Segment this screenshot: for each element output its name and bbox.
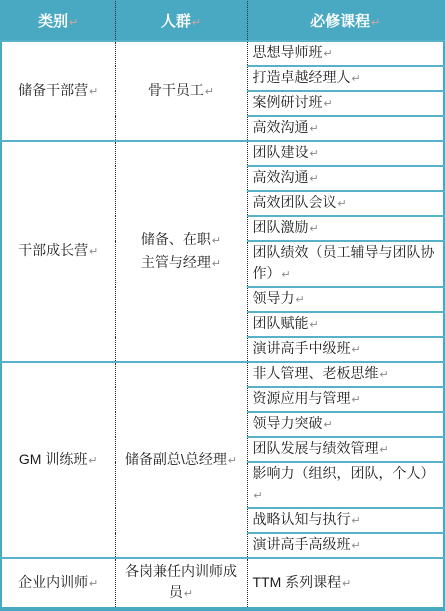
course-cell: 团队激励↵ xyxy=(247,216,444,241)
course-label: 团队建设 xyxy=(253,144,309,160)
course-label: 思想导师班 xyxy=(253,44,323,60)
paragraph-mark-icon: ↵ xyxy=(88,578,98,590)
course-cell: 高效沟通↵ xyxy=(247,166,444,191)
course-cell: 团队建设↵ xyxy=(247,141,444,166)
category-cell-0: 储备干部营↵ xyxy=(1,41,115,141)
course-label: 战略认知与执行 xyxy=(253,511,351,527)
paragraph-mark-icon: ↵ xyxy=(341,578,351,590)
course-label: 影响力（组织，团队，个人） xyxy=(253,465,435,481)
paragraph-mark-icon: ↵ xyxy=(379,369,389,381)
category-cell-3: 企业内训师↵ xyxy=(1,558,115,609)
audience-line: 储备、在职↵ xyxy=(119,229,244,252)
paragraph-mark-icon: ↵ xyxy=(323,419,333,431)
course-cell: 案例研讨班↵ xyxy=(247,91,444,116)
audience-cell-0: 骨干员工↵ xyxy=(115,41,247,141)
audience-cell-2: 储备副总\总经理↵ xyxy=(115,362,247,558)
paragraph-mark-icon: ↵ xyxy=(68,17,78,29)
paragraph-mark-icon: ↵ xyxy=(227,455,237,467)
audience-cell-1: 储备、在职↵主管与经理↵ xyxy=(115,141,247,362)
course-cell: 打造卓越经理人↵ xyxy=(247,66,444,91)
course-label: 领导力突破 xyxy=(253,415,323,431)
column-header-category: 类别↵ xyxy=(1,1,115,42)
paragraph-mark-icon: ↵ xyxy=(183,588,193,600)
course-label: 团队激励 xyxy=(253,219,309,235)
course-label: 演讲高手中级班 xyxy=(253,340,351,356)
course-label: 高效沟通 xyxy=(253,169,309,185)
paragraph-mark-icon: ↵ xyxy=(295,294,305,306)
course-cell: 领导力↵ xyxy=(247,287,444,312)
table-header-row: 类别↵ 人群↵ 必修课程↵ xyxy=(1,1,444,42)
course-label: 打造卓越经理人 xyxy=(253,69,351,85)
paragraph-mark-icon: ↵ xyxy=(309,123,319,135)
course-cell: 资源应用与管理↵ xyxy=(247,387,444,412)
table-row: GM 训练班↵储备副总\总经理↵非人管理、老板思维↵ xyxy=(1,362,444,387)
paragraph-mark-icon: ↵ xyxy=(351,540,361,552)
category-label: 企业内训师 xyxy=(18,574,88,590)
table-row: 干部成长营↵储备、在职↵主管与经理↵团队建设↵ xyxy=(1,141,444,166)
audience-line: 主管与经理↵ xyxy=(119,252,244,275)
table-row: 企业内训师↵各岗兼任内训师成员↵TTM 系列课程↵ xyxy=(1,558,444,609)
course-cell: TTM 系列课程↵ xyxy=(247,558,444,609)
table-body: 储备干部营↵骨干员工↵思想导师班↵打造卓越经理人↵案例研讨班↵高效沟通↵干部成长… xyxy=(1,41,444,609)
paragraph-mark-icon: ↵ xyxy=(351,394,361,406)
course-label: 高效团队会议 xyxy=(253,194,337,210)
paragraph-mark-icon: ↵ xyxy=(309,173,319,185)
course-cell: 团队绩效（员工辅导与团队协作）↵ xyxy=(247,241,444,287)
paragraph-mark-icon: ↵ xyxy=(309,223,319,235)
course-cell: 领导力突破↵ xyxy=(247,412,444,437)
category-cell-1: 干部成长营↵ xyxy=(1,141,115,362)
course-label: TTM 系列课程 xyxy=(253,574,342,590)
training-course-table: 类别↵ 人群↵ 必修课程↵ 储备干部营↵骨干员工↵思想导师班↵打造卓越经理人↵案… xyxy=(0,0,445,611)
course-cell: 战略认知与执行↵ xyxy=(247,508,444,533)
course-cell: 非人管理、老板思维↵ xyxy=(247,362,444,387)
table-row: 储备干部营↵骨干员工↵思想导师班↵ xyxy=(1,41,444,66)
paragraph-mark-icon: ↵ xyxy=(211,235,221,247)
paragraph-mark-icon: ↵ xyxy=(309,319,319,331)
paragraph-mark-icon: ↵ xyxy=(370,17,380,29)
audience-line: 骨干员工↵ xyxy=(119,80,244,103)
paragraph-mark-icon: ↵ xyxy=(204,86,214,98)
course-label: 高效沟通 xyxy=(253,119,309,135)
paragraph-mark-icon: ↵ xyxy=(253,490,263,502)
paragraph-mark-icon: ↵ xyxy=(309,148,319,160)
paragraph-mark-icon: ↵ xyxy=(351,344,361,356)
course-cell: 高效团队会议↵ xyxy=(247,191,444,216)
course-label: 团队绩效（员工辅导与团队协作） xyxy=(253,244,435,281)
category-cell-2: GM 训练班↵ xyxy=(1,362,115,558)
course-label: 非人管理、老板思维 xyxy=(253,365,379,381)
paragraph-mark-icon: ↵ xyxy=(323,48,333,60)
course-label: 资源应用与管理 xyxy=(253,390,351,406)
audience-cell-3: 各岗兼任内训师成员↵ xyxy=(115,558,247,609)
paragraph-mark-icon: ↵ xyxy=(323,98,333,110)
paragraph-mark-icon: ↵ xyxy=(337,198,347,210)
paragraph-mark-icon: ↵ xyxy=(88,86,98,98)
course-cell: 影响力（组织，团队，个人）↵ xyxy=(247,462,444,508)
course-cell: 演讲高手高级班↵ xyxy=(247,533,444,558)
category-label: 储备干部营 xyxy=(18,82,88,98)
audience-line: 储备副总\总经理↵ xyxy=(119,449,244,472)
course-label: 团队赋能 xyxy=(253,315,309,331)
course-label: 团队发展与绩效管理 xyxy=(253,440,379,456)
audience-line: 各岗兼任内训师成员↵ xyxy=(119,561,244,605)
course-cell: 团队赋能↵ xyxy=(247,312,444,337)
paragraph-mark-icon: ↵ xyxy=(87,455,97,467)
course-label: 案例研讨班 xyxy=(253,94,323,110)
column-header-courses: 必修课程↵ xyxy=(247,1,444,42)
course-cell: 思想导师班↵ xyxy=(247,41,444,66)
category-label: GM 训练班 xyxy=(19,451,87,467)
paragraph-mark-icon: ↵ xyxy=(211,258,221,270)
paragraph-mark-icon: ↵ xyxy=(281,269,291,281)
category-label: 干部成长营 xyxy=(18,242,88,258)
course-label: 领导力 xyxy=(253,290,295,306)
paragraph-mark-icon: ↵ xyxy=(351,515,361,527)
course-cell: 团队发展与绩效管理↵ xyxy=(247,437,444,462)
paragraph-mark-icon: ↵ xyxy=(351,73,361,85)
course-cell: 演讲高手中级班↵ xyxy=(247,337,444,362)
paragraph-mark-icon: ↵ xyxy=(88,246,98,258)
paragraph-mark-icon: ↵ xyxy=(191,17,201,29)
course-label: 演讲高手高级班 xyxy=(253,536,351,552)
column-header-audience: 人群↵ xyxy=(115,1,247,42)
paragraph-mark-icon: ↵ xyxy=(379,444,389,456)
course-cell: 高效沟通↵ xyxy=(247,116,444,141)
